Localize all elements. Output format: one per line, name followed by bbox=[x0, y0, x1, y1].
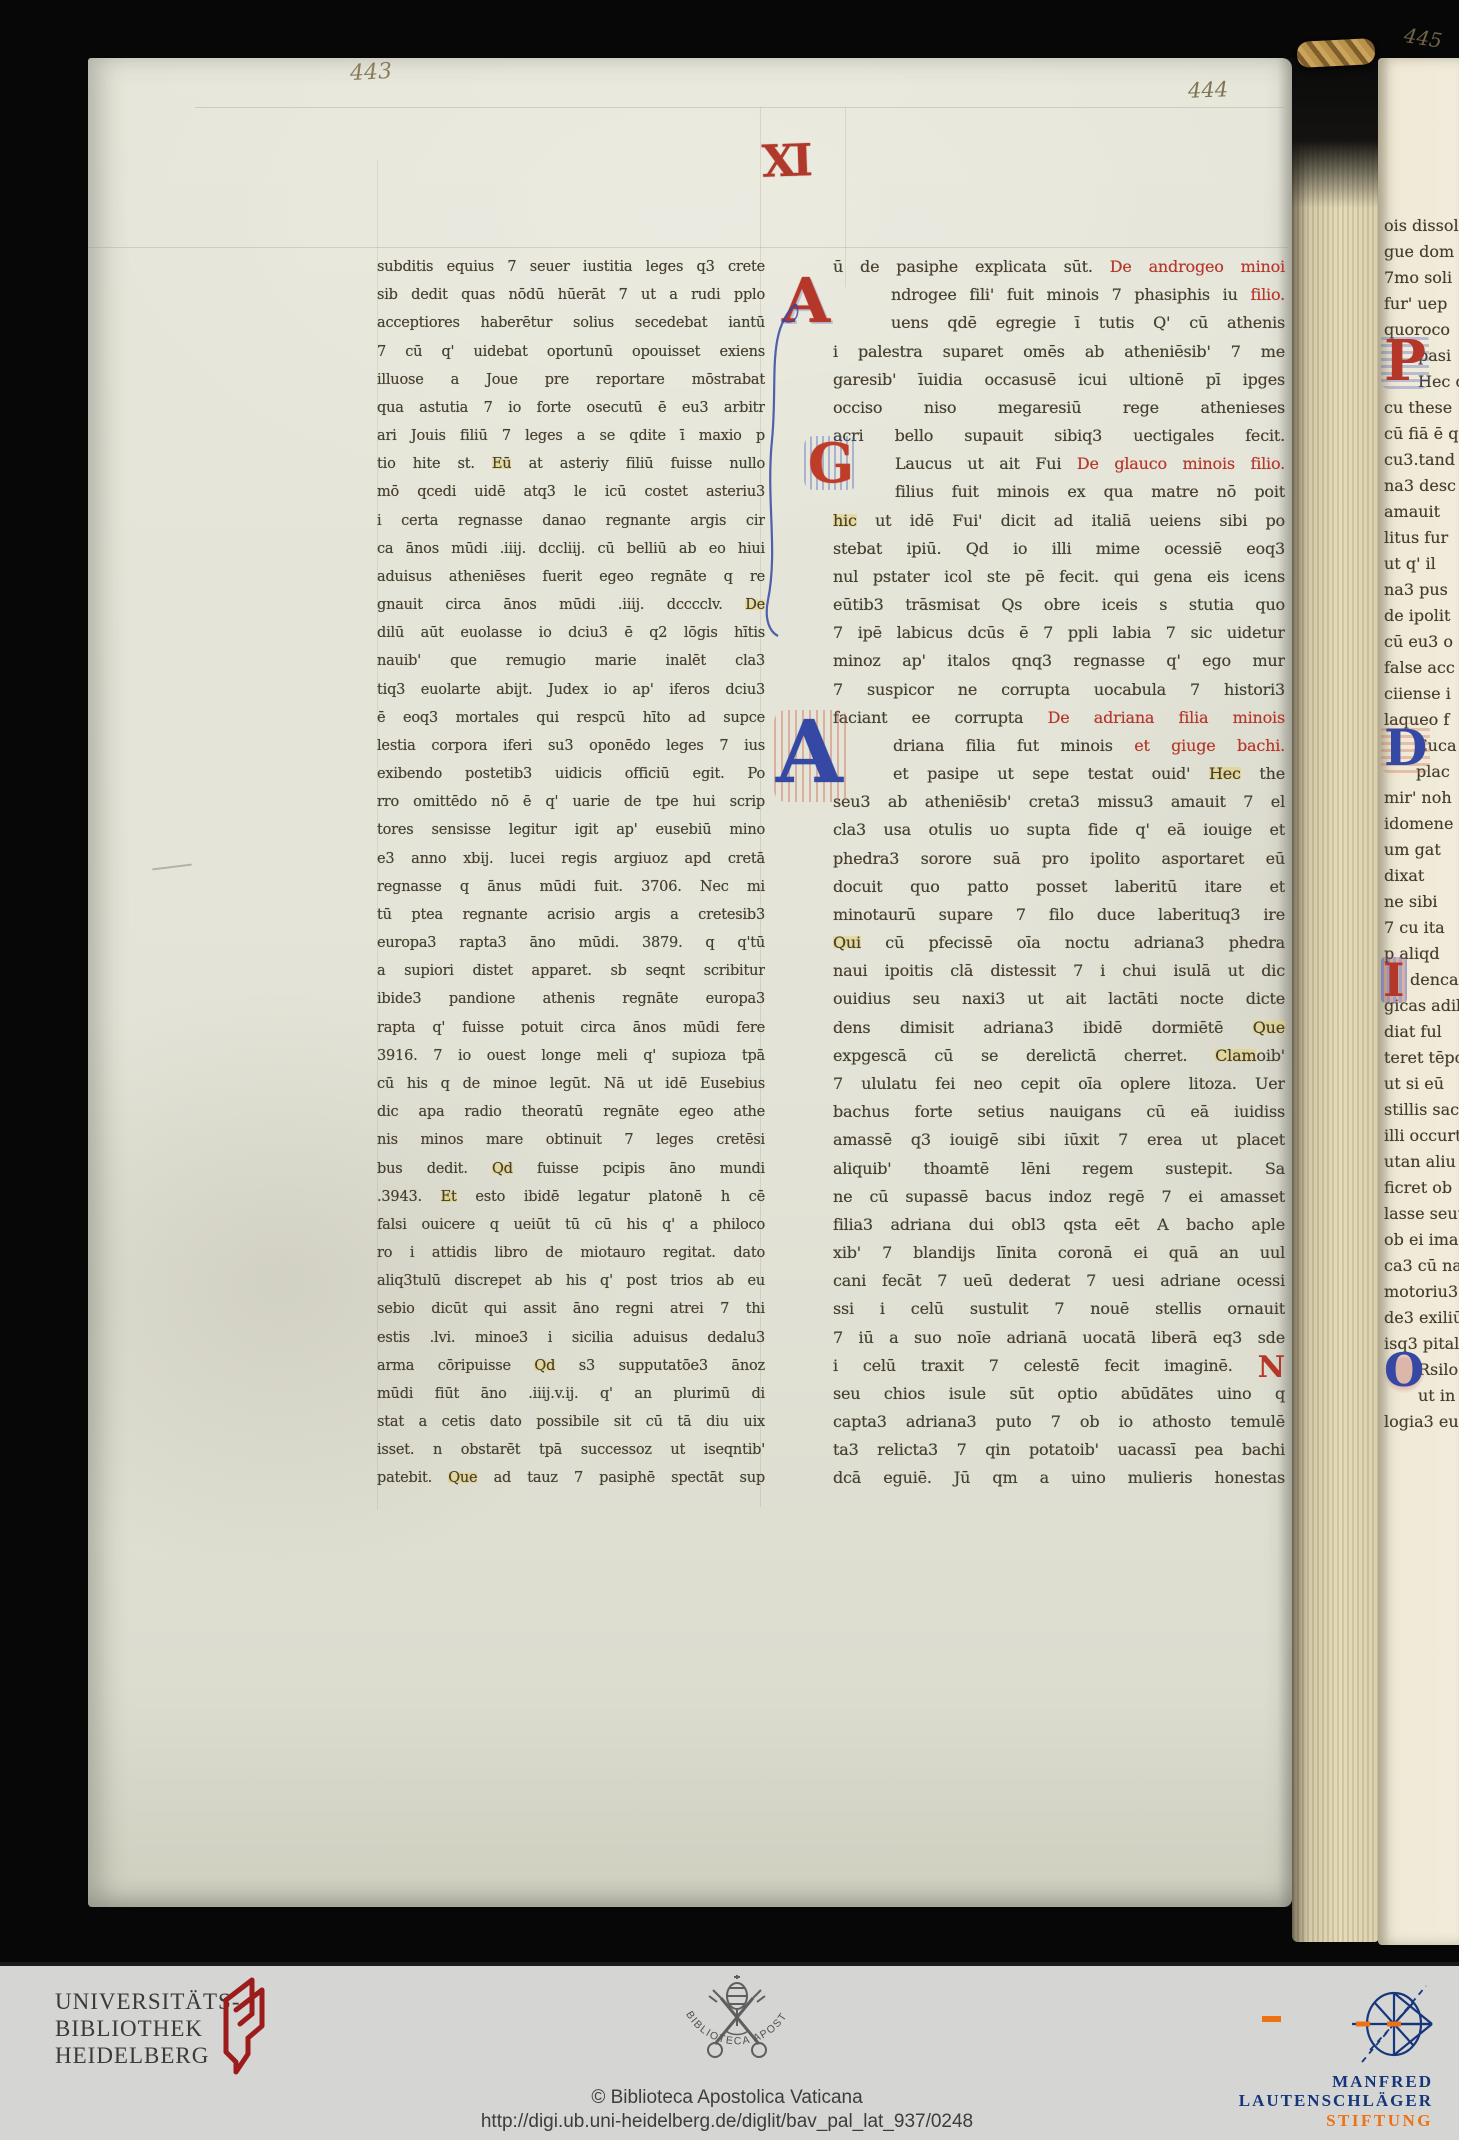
next-page-text-line: diat ful bbox=[1384, 1019, 1459, 1045]
next-page-text-line: ficret ob bbox=[1384, 1175, 1459, 1201]
text-line: docuit quo patto posset laberitū itare e… bbox=[833, 873, 1285, 901]
next-page-text-line: false acc bbox=[1384, 655, 1459, 681]
text-line: occiso niso megaresiū rege athenieses bbox=[833, 394, 1285, 422]
text-line: xib' 7 blandijs līnita coronā ei quā an … bbox=[833, 1239, 1285, 1267]
next-page-text-line: ut q' il bbox=[1384, 551, 1459, 577]
next-page-text-line: de3 exiliū bbox=[1384, 1305, 1459, 1331]
text-line: seu chios isule sūt optio abūdātes uino … bbox=[833, 1380, 1285, 1408]
next-page-text-line: ne sibi bbox=[1384, 889, 1459, 915]
next-page-text-line: ciiense i bbox=[1384, 681, 1459, 707]
next-page-text-line: cu these bbox=[1384, 395, 1459, 421]
text-line: minoz ap' italos qnq3 regnasse q' ego mu… bbox=[833, 647, 1285, 675]
text-line: tiq3 euolarte abijt. Judex io ap' iferos… bbox=[377, 676, 765, 704]
text-line: ca ānos mūdi .iiij. dccliij. cū belliū a… bbox=[377, 535, 765, 563]
text-line: ari Jouis filiū 7 leges a se qdite ī max… bbox=[377, 422, 765, 450]
text-line: Laucus ut ait Fui De glauco minois filio… bbox=[833, 450, 1285, 478]
text-line: ouidius seu naxi3 ut ait lactāti nocte d… bbox=[833, 985, 1285, 1013]
credit-block: © Biblioteca Apostolica Vaticana http://… bbox=[397, 2086, 1057, 2134]
text-line: ibide3 pandione athenis regnāte europa3 bbox=[377, 985, 765, 1013]
next-page-text-line: 7mo soli bbox=[1384, 265, 1459, 291]
text-line: dcā eguiē. Jū qm a uino mulieris honesta… bbox=[833, 1464, 1285, 1492]
next-page-text-line: stillis sac bbox=[1384, 1097, 1459, 1123]
text-line: ū de pasiphe explicata sūt. De androgeo … bbox=[833, 253, 1285, 281]
quire-mark-rubric: XI bbox=[761, 135, 809, 188]
next-page-text-line: utan aliu bbox=[1384, 1149, 1459, 1175]
ml-line2: LAUTENSCHLÄGER bbox=[1133, 2091, 1433, 2110]
gutter-top-shadow bbox=[1292, 58, 1380, 208]
text-line: amassē q3 iouigē sibi iūxit 7 erea ut pl… bbox=[833, 1126, 1285, 1154]
ruling-line bbox=[195, 107, 1285, 108]
text-line: ssi i celū sustulit 7 nouē stellis ornau… bbox=[833, 1295, 1285, 1323]
folio-number-left: 443 bbox=[349, 59, 392, 86]
manuscript-column-right: ū de pasiphe explicata sūt. De androgeo … bbox=[833, 253, 1285, 1497]
text-line: ta3 relicta3 7 qin potatoib' uacassī pea… bbox=[833, 1436, 1285, 1464]
manuscript-column-left: subditis equius 7 seuer iustitia leges q… bbox=[377, 253, 765, 1497]
text-line: Qui cū pfecissē oīa noctu adriana3 phedr… bbox=[833, 929, 1285, 957]
text-line: stebat ipiū. Qd io illi mime ocessiē eoq… bbox=[833, 535, 1285, 563]
text-line: i palestra suparet omēs ab atheniēsib' 7… bbox=[833, 338, 1285, 366]
text-line: mō qcedi uidē atq3 le icū costet asteriu… bbox=[377, 478, 765, 506]
next-page-text-line: litus fur bbox=[1384, 525, 1459, 551]
text-line: dic apa radio theoratū regnāte egeo athe bbox=[377, 1098, 765, 1126]
text-line: dilū aūt euolasse io dciu3 ē q2 lōgis hī… bbox=[377, 619, 765, 647]
text-line: aliquib' thoamtē lēni regem sustepit. Sa bbox=[833, 1155, 1285, 1183]
folio-number-next: 445 bbox=[1402, 23, 1443, 53]
next-page-text-line: de ipolit bbox=[1384, 603, 1459, 629]
text-line: estis .lvi. minoe3 i sicilia aduisus ded… bbox=[377, 1324, 765, 1352]
next-page-decorated-initial: D bbox=[1381, 723, 1430, 773]
text-line: 3916. 7 io ouest longe meli q' supioza t… bbox=[377, 1042, 765, 1070]
text-line: dens dimisit adriana3 ibidē dormiētē Que bbox=[833, 1014, 1285, 1042]
book-fore-edge bbox=[1292, 58, 1380, 1942]
text-line: illuose a Joue pre reportare mōstrabat bbox=[377, 366, 765, 394]
text-line: exibendo postetib3 uidicis officiū egit.… bbox=[377, 760, 765, 788]
text-line: ro i attidis libro de miotauro regitat. … bbox=[377, 1239, 765, 1267]
text-line: ndrogee fili' fuit minois 7 phasiphis iu… bbox=[833, 281, 1285, 309]
ml-line3: STIFTUNG bbox=[1133, 2110, 1433, 2131]
text-line: acceptiores haberētur solius secedebat i… bbox=[377, 309, 765, 337]
institution-banner: UNIVERSITÄTS- BIBLIOTHEK HEIDELBERG BIBL… bbox=[0, 1962, 1459, 2140]
text-line: 7 iū a suo noīe adrianā uocatā liberā eq… bbox=[833, 1324, 1285, 1352]
vatican-library-seal: BIBLIOTECA APOSTOLICA VATICANA bbox=[677, 1974, 797, 2086]
next-page-text-line: na3 pus bbox=[1384, 577, 1459, 603]
next-page-text-line: illi occurt bbox=[1384, 1123, 1459, 1149]
next-page-text-line: gue dom bbox=[1384, 239, 1459, 265]
next-page-decorated-initial: I bbox=[1381, 957, 1407, 1003]
text-line: 7 cū q' uidebat oportunū opouisset exien… bbox=[377, 338, 765, 366]
next-page-text-line: 7 cu ita bbox=[1384, 915, 1459, 941]
text-line: cla3 usa otulis uo supta fide q' eā ioui… bbox=[833, 816, 1285, 844]
text-line: minotaurū supare 7 filo duce laberituq3 … bbox=[833, 901, 1285, 929]
text-line: sebio dicūt qui assit āno regni atrei 7 … bbox=[377, 1295, 765, 1323]
text-line: stat a cetis dato possibile sit cū tā di… bbox=[377, 1408, 765, 1436]
text-line: ē eoq3 mortales qui respcū hīto ad supce bbox=[377, 704, 765, 732]
text-line: naui ipoitis clā distessit 7 i chui isul… bbox=[833, 957, 1285, 985]
text-line: europa3 rapta3 āno mūdi. 3879. q q'tū bbox=[377, 929, 765, 957]
text-line: filia3 adriana dui obl3 qsta eēt A bacho… bbox=[833, 1211, 1285, 1239]
text-line: ne cū supassē bacus indoz regē 7 ei amas… bbox=[833, 1183, 1285, 1211]
next-page-text-line: cū eu3 o bbox=[1384, 629, 1459, 655]
text-line: tio hite st. Eū at asteriy filiū fuisse … bbox=[377, 450, 765, 478]
text-line: seu3 ab atheniēsib' creta3 missu3 amauit… bbox=[833, 788, 1285, 816]
next-page-text-line: fur' uep bbox=[1384, 291, 1459, 317]
text-line: nul pstater icol ste pē fecit. qui gena … bbox=[833, 563, 1285, 591]
next-page-text-line: lasse seut bbox=[1384, 1201, 1459, 1227]
text-line: driana filia fut minois et giuge bachi. bbox=[833, 732, 1285, 760]
text-line: nauib' que remugio marie inalēt cla3 bbox=[377, 647, 765, 675]
text-line: faciant ee corrupta De adriana filia min… bbox=[833, 704, 1285, 732]
text-line: qua astutia 7 io forte osecutū ē eu3 arb… bbox=[377, 394, 765, 422]
text-line: gnauit circa ānos mūdi .iiij. dcccclv. D… bbox=[377, 591, 765, 619]
next-page-text-line: teret tēpo bbox=[1384, 1045, 1459, 1071]
source-url: http://digi.ub.uni-heidelberg.de/diglit/… bbox=[397, 2110, 1057, 2134]
text-line: mūdi fiūt āno .iiij.v.ij. q' an plurimū … bbox=[377, 1380, 765, 1408]
decorated-initial-androgeus: A bbox=[782, 270, 830, 332]
text-line: rro omittēdo nō ē q' uarie de tpe hui sc… bbox=[377, 788, 765, 816]
text-line: garesib' īuidia occasusē icui ultionē pī… bbox=[833, 366, 1285, 394]
text-line: cū his q de minoe legūt. Nā ut idē Euseb… bbox=[377, 1070, 765, 1098]
endband-braid bbox=[1296, 38, 1375, 68]
copyright-text: © Biblioteca Apostolica Vaticana bbox=[397, 2086, 1057, 2110]
text-line: aduisus atheniēses fuerit egeo regnāte q… bbox=[377, 563, 765, 591]
text-line: a supiori distet apparet. sb seqnt scrib… bbox=[377, 957, 765, 985]
decorated-initial-ariadna: A bbox=[774, 710, 849, 802]
text-line: sib dedit quas nōdū hūerāt 7 ut a rudi p… bbox=[377, 281, 765, 309]
next-page-text-line: ca3 cū nat bbox=[1384, 1253, 1459, 1279]
text-line: uens qdē egregie ī tutis Q' cū athenis bbox=[833, 309, 1285, 337]
text-line: acri bello supauit sibiq3 uectigales fec… bbox=[833, 422, 1285, 450]
next-page-text-line: um gat bbox=[1384, 837, 1459, 863]
seal-curved-text: BIBLIOTECA APOSTOLICA VATICANA bbox=[677, 1974, 790, 2047]
next-page-text-line: cū fiā ē q bbox=[1384, 421, 1459, 447]
text-line: tū ptea regnante acrisio argis a cretesi… bbox=[377, 901, 765, 929]
text-line: rapta q' fuisse potuit circa ānos mūdi f… bbox=[377, 1014, 765, 1042]
text-line: 7 ululatu fei neo cepit oīa oplere litoz… bbox=[833, 1070, 1285, 1098]
text-line: bus dedit. Qd fuisse pcipis āno mundi bbox=[377, 1155, 765, 1183]
folio-number-right: 444 bbox=[1188, 77, 1229, 102]
text-line: isset. n obstarēt tpā successoz ut iseqn… bbox=[377, 1436, 765, 1464]
next-page-decorated-initial: O bbox=[1381, 1347, 1427, 1393]
next-page-text-line: cu3.tand bbox=[1384, 447, 1459, 473]
text-line: nis minos mare obtinuit 7 leges cretēsi bbox=[377, 1126, 765, 1154]
next-page-text-strip: ois dissolgue dom7mo solifur' uepquoroco… bbox=[1384, 213, 1459, 1435]
text-line: eūtib3 trāsmisat Qs obre iceis s stutia … bbox=[833, 591, 1285, 619]
text-line: hic ut idē Fui' dicit ad italiā ueiens s… bbox=[833, 507, 1285, 535]
text-line: regnasse q ānus mūdi fuit. 3706. Nec mi bbox=[377, 873, 765, 901]
svg-text:BIBLIOTECA APOSTOLICA VATICANA: BIBLIOTECA APOSTOLICA VATICANA bbox=[677, 1974, 790, 2047]
next-page-text-line: idomene bbox=[1384, 811, 1459, 837]
text-line: et pasipe ut sepe testat ouid' Hec the bbox=[833, 760, 1285, 788]
manuscript-photo: 443 444 445 XI subditis equius 7 seuer i… bbox=[0, 0, 1459, 1962]
lautenschlaeger-wordmark: MANFRED LAUTENSCHLÄGER STIFTUNG bbox=[1133, 2072, 1433, 2131]
text-line: subditis equius 7 seuer iustitia leges q… bbox=[377, 253, 765, 281]
next-page-text-line: amauit bbox=[1384, 499, 1459, 525]
text-line: 7 ipē labicus dcūs ē 7 ppli labia 7 sic … bbox=[833, 619, 1285, 647]
ml-line1: MANFRED bbox=[1133, 2072, 1433, 2091]
text-line: e3 anno xbij. lucei regis argiuoz apd cr… bbox=[377, 845, 765, 873]
orange-dash-icon bbox=[1262, 2016, 1281, 2022]
next-page-text-line: ois dissol bbox=[1384, 213, 1459, 239]
text-line: i certa regnasse danao regnante argis ci… bbox=[377, 507, 765, 535]
decorated-initial-glaucus: G bbox=[804, 436, 858, 490]
text-line: 7 suspicor ne corrupta uocabula 7 histor… bbox=[833, 676, 1285, 704]
next-page-text-line: ut si eū bbox=[1384, 1071, 1459, 1097]
next-page-text-line: motoriu3 bbox=[1384, 1279, 1459, 1305]
text-line: cani fecāt 7 ueū dederat 7 uesi adriane … bbox=[833, 1267, 1285, 1295]
text-line: tores sensisse legitur igit ap' eusebiū … bbox=[377, 816, 765, 844]
text-line: lestia corpora iferi su3 oponēdo leges 7… bbox=[377, 732, 765, 760]
next-page-text-line: logia3 eu bbox=[1384, 1409, 1459, 1435]
text-line: bachus forte setius nauigans cū eā iuidi… bbox=[833, 1098, 1285, 1126]
next-page-decorated-initial: P bbox=[1381, 333, 1429, 389]
next-page-text-line: dixat bbox=[1384, 863, 1459, 889]
ub-heidelberg-books-icon bbox=[196, 1974, 282, 2084]
next-page-text-line: ob ei ima bbox=[1384, 1227, 1459, 1253]
next-page-text-line: na3 desc bbox=[1384, 473, 1459, 499]
text-line: filius fuit minois ex qua matre nō poit bbox=[833, 478, 1285, 506]
lautenschlaeger-emblem-icon bbox=[1348, 1978, 1436, 2070]
text-line: arma cōripuisse Qd s3 supputatōe3 ānoz bbox=[377, 1352, 765, 1380]
ruling-line bbox=[88, 247, 1288, 248]
text-line: phedra3 sorore suā pro ipolito asportare… bbox=[833, 845, 1285, 873]
next-page-text-line: mir' noh bbox=[1384, 785, 1459, 811]
text-line: falsi ouicere q ueiūt tū cū his q' a phi… bbox=[377, 1211, 765, 1239]
text-line: aliq3tulū discrepet ab his q' post trios… bbox=[377, 1267, 765, 1295]
text-line: expgescā cū se derelictā cherret. Clamoi… bbox=[833, 1042, 1285, 1070]
text-line: capta3 adriana3 puto 7 ob io athosto tem… bbox=[833, 1408, 1285, 1436]
text-line: i celū traxit 7 celestē fecit imaginē. N bbox=[833, 1352, 1285, 1380]
text-line: patebit. Que ad tauz 7 pasiphē spectāt s… bbox=[377, 1464, 765, 1492]
text-line: .3943. Et esto ibidē legatur platonē h c… bbox=[377, 1183, 765, 1211]
